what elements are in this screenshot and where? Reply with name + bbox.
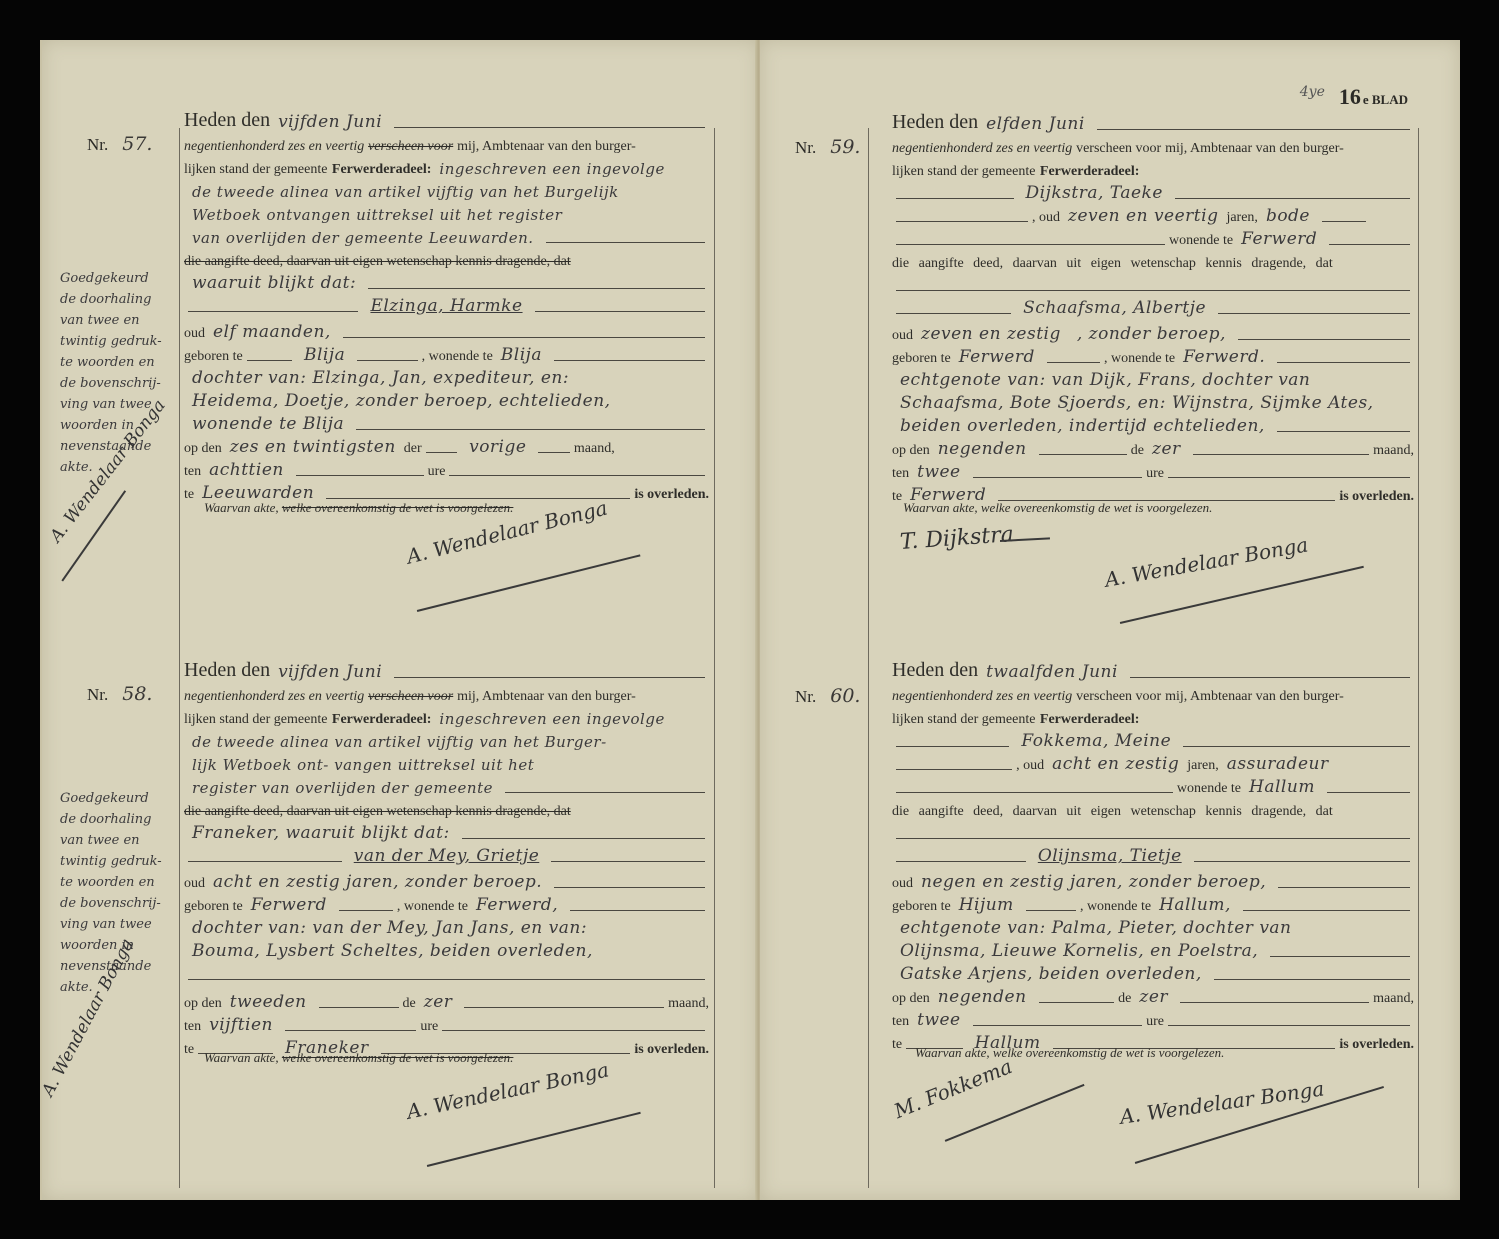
printed-ten: ten [184, 464, 201, 480]
closing-formula: Waarvan akte, welke overeenkomstig de we… [903, 500, 1212, 516]
relations-text: Olijnsma, Lieuwe Kornelis, en Poelstra, [900, 941, 1258, 961]
record-number: Nr.60. [795, 685, 860, 707]
printed-lijken-stand: lijken stand der gemeente [892, 712, 1035, 728]
death-day: tweeden [230, 992, 307, 1012]
deceased-occupation: , zonder beroep, [1077, 324, 1226, 344]
printed-ure: ure [1146, 466, 1164, 482]
signature-flourish [417, 554, 641, 611]
handwritten-text: de tweede alinea van artikel vijftig van… [192, 733, 607, 751]
nr-label: Nr. [795, 687, 816, 706]
declarant-residence: Hallum [1249, 777, 1315, 797]
residence: Blija [501, 345, 542, 365]
right-rule [714, 128, 715, 1188]
printed-ambtenaar: mij, Ambtenaar van den burger- [1165, 689, 1344, 705]
deceased-age: zeven en zestig [921, 324, 1061, 344]
printed-de: de [403, 996, 416, 1012]
relations-text: echtgenote van: Palma, Pieter, dochter v… [900, 918, 1292, 938]
printed-year: negentienhonderd zes en veertig [184, 139, 364, 155]
death-day: zes en twintigsten [230, 437, 396, 457]
printed-aangifte: die aangifte deed, daarvan uit eigen wet… [892, 804, 1333, 820]
record-number-value: 60. [830, 685, 860, 707]
printed-ambtenaar: mij, Ambtenaar van den burger- [457, 689, 636, 705]
deceased-name: Elzinga, Harmke [370, 296, 522, 316]
printed-geboren: geboren te [184, 349, 243, 365]
margin-rule [868, 128, 869, 1188]
printed-der: der [404, 441, 422, 457]
printed-te: te [892, 489, 902, 505]
residence: Ferwerd, [476, 895, 558, 915]
relations-text: Gatske Arjens, beiden overleden, [900, 964, 1202, 984]
declarant-name: Fokkema, Meine [1021, 731, 1171, 751]
deceased-age: negen en zestig jaren, zonder beroep, [921, 872, 1266, 892]
relations-text: Bouma, Lysbert Scheltes, beiden overlede… [192, 941, 593, 961]
declarant-age: zeven en veertig [1068, 206, 1218, 226]
relations-text: Schaafsma, Bote Sjoerds, en: Wijnstra, S… [900, 393, 1374, 413]
death-month: vorige [469, 437, 526, 457]
printed-wonende: , wonende te [1080, 899, 1151, 915]
handwritten-text: lijk Wetboek ont- vangen uittreksel uit … [192, 756, 534, 774]
printed-oud: oud [892, 876, 913, 892]
printed-ten: ten [892, 466, 909, 482]
death-month: zer [1152, 439, 1181, 459]
residence: Hallum, [1159, 895, 1231, 915]
declarant-occupation: bode [1266, 206, 1310, 226]
municipality-name: Ferwerderadeel: [1040, 164, 1140, 180]
birthplace: Hijum [959, 895, 1014, 915]
printed-jaren: jaren, [1226, 210, 1257, 226]
relations-text: dochter van: van der Mey, Jan Jans, en v… [192, 918, 587, 938]
printed-heden-den: Heden den [184, 109, 270, 132]
death-hour: achttien [209, 460, 284, 480]
printed-is-overleden: is overleden. [634, 487, 709, 503]
death-day: negenden [938, 987, 1027, 1007]
birthplace: Blija [304, 345, 345, 365]
declarant-name: Dijkstra, Taeke [1026, 183, 1163, 203]
date-written: vijfden Juni [278, 112, 382, 132]
printed-jaren: jaren, [1187, 758, 1218, 774]
printed-verscheen-struck: verscheen voor [368, 139, 453, 155]
record-number-value: 58. [122, 683, 152, 705]
printed-wonende: , wonende te [1104, 351, 1175, 367]
printed-verscheen: verscheen voor [1076, 141, 1161, 157]
death-hour: twee [917, 1010, 961, 1030]
printed-wonende: wonende te [1169, 233, 1233, 249]
printed-lijken-stand: lijken stand der gemeente [184, 712, 327, 728]
deceased-age: elf maanden, [213, 322, 331, 342]
printed-verscheen: verscheen voor [1076, 689, 1161, 705]
record-number: Nr.59. [795, 136, 860, 158]
printed-geboren: geboren te [892, 351, 951, 367]
printed-te: te [184, 487, 194, 503]
printed-ambtenaar: mij, Ambtenaar van den burger- [457, 139, 636, 155]
relations-text: Heidema, Doetje, zonder beroep, echtelie… [192, 391, 611, 411]
municipality-name: Ferwerderadeel: [332, 162, 432, 178]
printed-heden-den: Heden den [184, 659, 270, 682]
nr-label: Nr. [87, 685, 108, 704]
printed-op-den: op den [892, 443, 930, 459]
date-written: elfden Juni [986, 114, 1085, 134]
printed-op-den: op den [184, 996, 222, 1012]
printed-lijken-stand: lijken stand der gemeente [892, 164, 1035, 180]
nr-label: Nr. [795, 138, 816, 157]
blad-number: 16 [1339, 84, 1361, 109]
printed-de: de [1118, 991, 1131, 1007]
printed-maand: maand, [1373, 991, 1414, 1007]
printed-maand: maand, [574, 441, 615, 457]
printed-wonende: wonende te [1177, 781, 1241, 797]
printed-wonende: , wonende te [397, 899, 468, 915]
declarant-signature: M. Fokkema [891, 1054, 1016, 1123]
death-hour: twee [917, 462, 961, 482]
death-month: zer [424, 992, 453, 1012]
death-hour: vijftien [209, 1015, 273, 1035]
relations-text: wonende te Blija [192, 414, 344, 434]
municipality-name: Ferwerderadeel: [332, 712, 432, 728]
handwritten-text: ingeschreven een ingevolge [439, 160, 664, 178]
handwritten-text: waaruit blijkt dat: [192, 273, 356, 293]
printed-aangifte-struck: die aangifte deed, daarvan uit eigen wet… [184, 254, 571, 270]
birthplace: Ferwerd [959, 347, 1035, 367]
printed-oud: , oud [1032, 210, 1060, 226]
registrar-signature: A. Wendelaar Bonga [1103, 532, 1310, 591]
printed-oud: oud [892, 328, 913, 344]
printed-oud: oud [184, 876, 205, 892]
handwritten-text: de tweede alinea van artikel vijftig van… [192, 183, 619, 201]
printed-is-overleden: is overleden. [1339, 1037, 1414, 1053]
registrar-signature: A. Wendelaar Bonga [405, 1057, 611, 1123]
registrar-signature: A. Wendelaar Bonga [1118, 1076, 1325, 1128]
printed-te: te [184, 1042, 194, 1058]
printed-is-overleden: is overleden. [1339, 489, 1414, 505]
death-month: zer [1139, 987, 1168, 1007]
right-rule [1418, 128, 1419, 1188]
printed-geboren: geboren te [184, 899, 243, 915]
printed-op-den: op den [184, 441, 222, 457]
printed-oud: , oud [1016, 758, 1044, 774]
handwritten-text: van overlijden der gemeente Leeuwarden. [192, 229, 534, 247]
record-number: Nr.58. [87, 683, 152, 705]
printed-ambtenaar: mij, Ambtenaar van den burger- [1165, 141, 1344, 157]
residence: Ferwerd. [1183, 347, 1265, 367]
record-number-value: 59. [830, 136, 860, 158]
printed-year: negentienhonderd zes en veertig [892, 141, 1072, 157]
record-number-value: 57. [122, 133, 152, 155]
printed-te: te [892, 1037, 902, 1053]
printed-op-den: op den [892, 991, 930, 1007]
record-number: Nr.57. [87, 133, 152, 155]
page-number: 4ye16e BLAD [1300, 84, 1408, 110]
handwritten-text: Franeker, waaruit blijkt dat: [192, 823, 450, 843]
declarant-residence: Ferwerd [1241, 229, 1317, 249]
relations-text: dochter van: Elzinga, Jan, expediteur, e… [192, 368, 569, 388]
date-written: twaalfden Juni [986, 662, 1118, 682]
printed-ure: ure [428, 464, 446, 480]
handwritten-text: ingeschreven een ingevolge [439, 710, 664, 728]
relations-text: echtgenote van: van Dijk, Frans, dochter… [900, 370, 1310, 390]
printed-de: de [1131, 443, 1144, 459]
printed-is-overleden: is overleden. [634, 1042, 709, 1058]
printed-heden-den: Heden den [892, 659, 978, 682]
printed-oud: oud [184, 326, 205, 342]
death-day: negenden [938, 439, 1027, 459]
closing-formula: Waarvan akte, welke overeenkomstig de we… [204, 500, 513, 516]
printed-lijken-stand: lijken stand der gemeente [184, 162, 327, 178]
nr-label: Nr. [87, 135, 108, 154]
declarant-occupation: assuradeur [1227, 754, 1329, 774]
left-page: Nr.57. Heden denvijfden Juni negentienho… [40, 40, 759, 1200]
blad-label: e BLAD [1363, 92, 1408, 107]
municipality-name: Ferwerderadeel: [1040, 712, 1140, 728]
printed-verscheen-struck: verscheen voor [368, 689, 453, 705]
deceased-age: acht en zestig jaren, zonder beroep. [213, 872, 542, 892]
handwritten-text: Wetboek ontvangen uittreksel uit het reg… [192, 206, 562, 224]
printed-ten: ten [892, 1014, 909, 1030]
printed-year: negentienhonderd zes en veertig [184, 689, 364, 705]
printed-maand: maand, [668, 996, 709, 1012]
signature-flourish [427, 1112, 641, 1167]
printed-aangifte-struck: die aangifte deed, daarvan uit eigen wet… [184, 804, 571, 820]
handwritten-text: register van overlijden der gemeente [192, 779, 493, 797]
deceased-name: van der Mey, Grietje [354, 846, 540, 866]
deceased-name: Schaafsma, Albertje [1023, 298, 1206, 318]
pencil-mark: 4ye [1300, 84, 1325, 100]
printed-geboren: geboren te [892, 899, 951, 915]
declarant-signature: T. Dijkstra [899, 522, 1014, 555]
declarant-age: acht en zestig [1052, 754, 1179, 774]
right-page: 4ye16e BLAD Nr.59. Heden denelfden Juni … [760, 40, 1460, 1200]
closing-formula: Waarvan akte, welke overeenkomstig de we… [915, 1045, 1224, 1061]
closing-formula: Waarvan akte, welke overeenkomstig de we… [204, 1050, 513, 1066]
printed-ten: ten [184, 1019, 201, 1035]
printed-wonende: , wonende te [422, 349, 493, 365]
birthplace: Ferwerd [251, 895, 327, 915]
printed-aangifte: die aangifte deed, daarvan uit eigen wet… [892, 256, 1333, 272]
date-written: vijfden Juni [278, 662, 382, 682]
printed-maand: maand, [1373, 443, 1414, 459]
printed-ure: ure [420, 1019, 438, 1035]
printed-year: negentienhonderd zes en veertig [892, 689, 1072, 705]
relations-text: beiden overleden, indertijd echtelieden, [900, 416, 1265, 436]
printed-heden-den: Heden den [892, 111, 978, 134]
deceased-name: Olijnsma, Tietje [1038, 846, 1182, 866]
printed-ure: ure [1146, 1014, 1164, 1030]
